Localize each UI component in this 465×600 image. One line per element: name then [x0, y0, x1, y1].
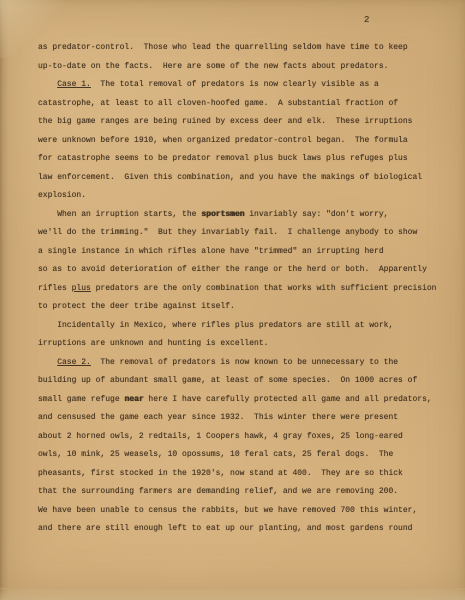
page-number: 2 — [364, 15, 369, 25]
text-line: we'll do the trimming." But they invaria… — [38, 224, 450, 243]
text-line: were unknown before 1910, when organized… — [38, 132, 450, 151]
text-line: law enforcement. Given this combination,… — [38, 169, 450, 188]
text-line: for catastrophe seems to be predator rem… — [38, 150, 450, 169]
text-line: up-to-date on the facts. Here are some o… — [38, 58, 450, 77]
text-line: building up of abundant small game, at l… — [38, 372, 450, 391]
text-line: catastrophe, at least to all cloven-hoof… — [38, 95, 450, 114]
text-line: that the surrounding farmers are demandi… — [38, 483, 450, 502]
text-line: a single instance in which rifles alone … — [38, 243, 450, 262]
text-line: Case 1. The total removal of predators i… — [38, 76, 450, 95]
text-line: to protect the deer tribe against itself… — [38, 298, 450, 317]
text-line: irruptions are unknown and hunting is ex… — [38, 335, 450, 354]
text-line: owls, 10 mink, 25 weasels, 10 opossums, … — [38, 446, 450, 465]
text-line: rifles plus predators are the only combi… — [38, 280, 450, 299]
text-line: so as to avoid deterioration of either t… — [38, 261, 450, 280]
text-line: pheasants, first stocked in the 1920's, … — [38, 465, 450, 484]
text-line: explosion. — [38, 187, 450, 206]
text-line: as predator-control. Those who lead the … — [38, 39, 450, 58]
text-line: and there are still enough left to eat u… — [38, 520, 450, 539]
text-line: Incidentally in Mexico, where rifles plu… — [38, 317, 450, 336]
scanned-document-page: 2 as predator-control. Those who lead th… — [0, 0, 465, 600]
document-lines: as predator-control. Those who lead the … — [38, 39, 450, 539]
text-line: small game refuge near here I have caref… — [38, 391, 450, 410]
text-line: We have been unable to census the rabbit… — [38, 502, 450, 521]
text-line: the big game ranges are being ruined by … — [38, 113, 450, 132]
text-line: about 2 horned owls, 2 redtails, 1 Coope… — [38, 428, 450, 447]
text-line: Case 2. The removal of predators is now … — [38, 354, 450, 373]
text-line: and censused the game each year since 19… — [38, 409, 450, 428]
text-line: When an irruption starts, the sportsmen … — [38, 206, 450, 225]
